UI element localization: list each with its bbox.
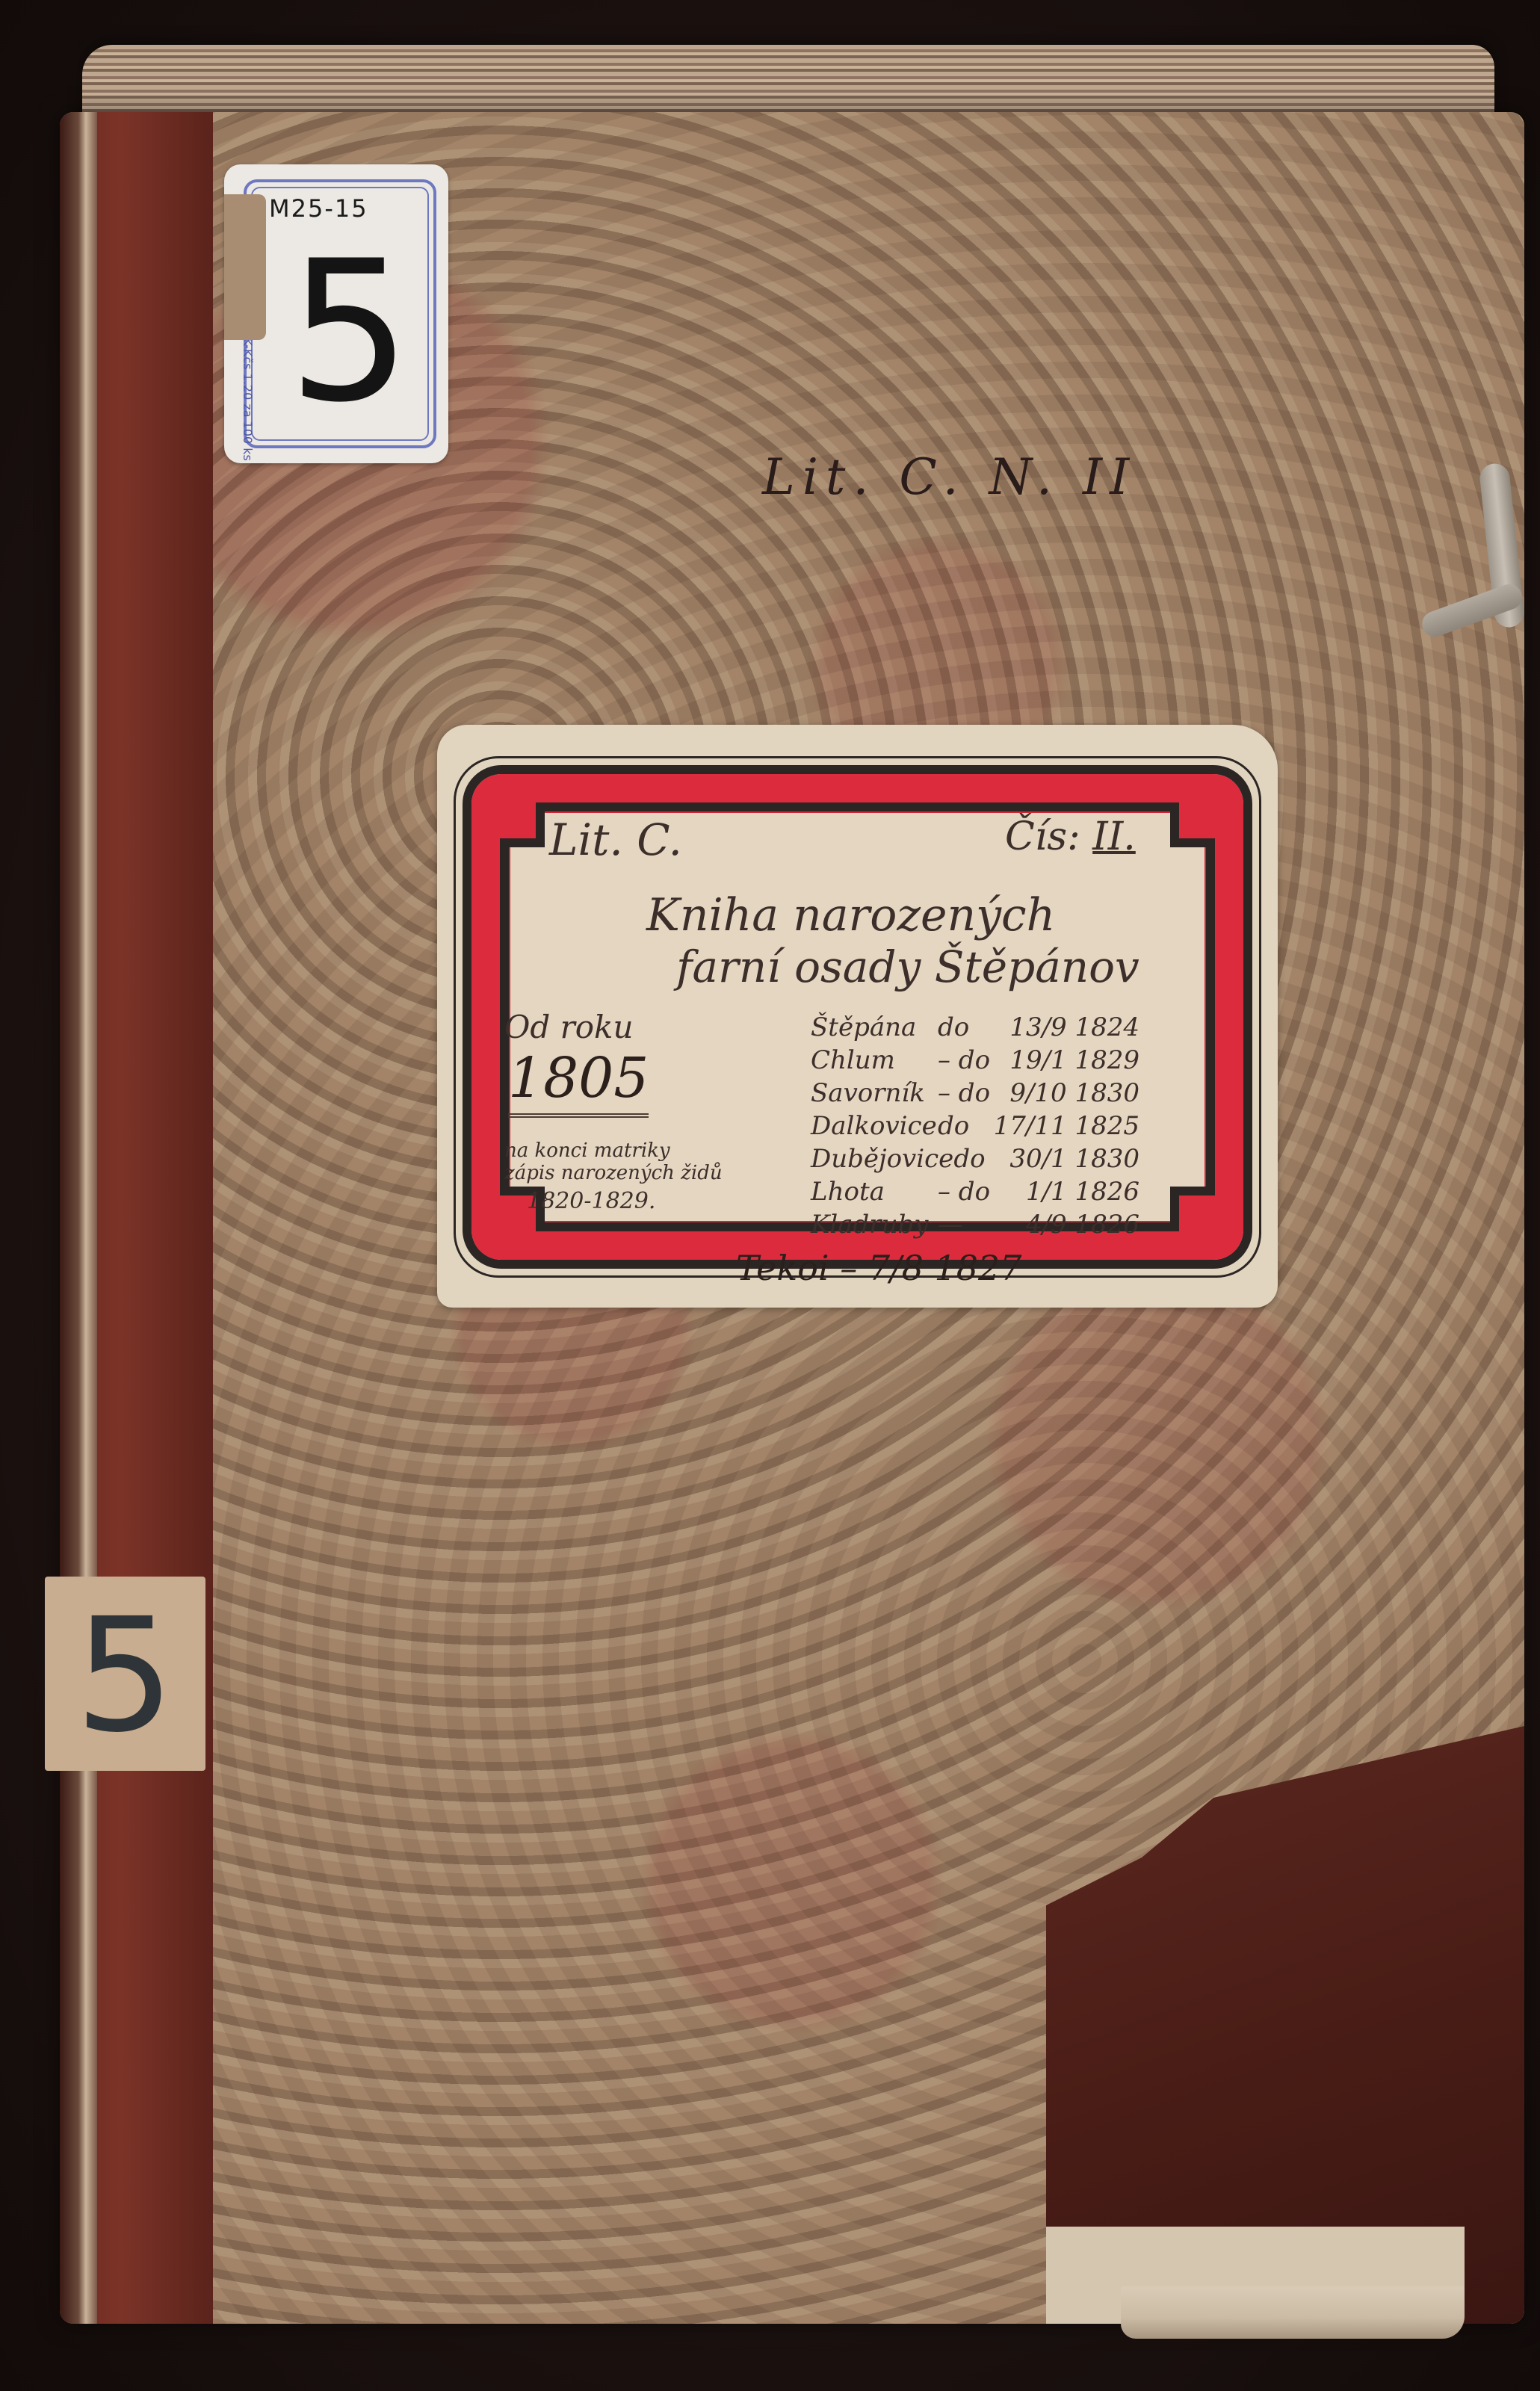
title-line-1: Kniha narozených <box>646 889 1055 941</box>
village-date: 1/1 1826 <box>990 1177 1139 1210</box>
page-block-bottom-edge <box>1121 2286 1465 2339</box>
from-year-label: Od roku <box>504 1009 634 1045</box>
village-until: – do <box>938 1045 990 1078</box>
start-year: 1805 <box>508 1046 649 1118</box>
village-row: Štěpána do 13/9 1824 <box>811 1012 1139 1045</box>
village-date: 4/9 1826 <box>983 1210 1139 1243</box>
village-until: do <box>953 1144 998 1177</box>
village-until: — <box>938 1210 983 1243</box>
village-date: 13/9 1824 <box>983 1012 1139 1045</box>
village-row: Lhota – do 1/1 1826 <box>811 1177 1139 1210</box>
printer-note: OTK-Kčs 1.20 za 100 ks <box>241 321 255 461</box>
archive-number: 5 <box>288 235 411 430</box>
village-list: Štěpána do 13/9 1824 Chlum – do 19/1 182… <box>811 1012 1139 1243</box>
corner-notch <box>1170 1187 1215 1231</box>
cis-prefix: Čís: <box>1005 814 1080 859</box>
archive-id-label: M25-15 5 OTK-Kčs 1.20 za 100 ks <box>224 164 448 463</box>
village-row: Dalkovice do 17/11 1825 <box>811 1111 1139 1144</box>
village-name: Dubějovice <box>811 1144 953 1177</box>
archive-code: M25-15 <box>269 194 368 223</box>
village-date: 19/1 1829 <box>990 1045 1139 1078</box>
village-row: Savorník – do 9/10 1830 <box>811 1078 1139 1111</box>
village-until: – do <box>938 1177 990 1210</box>
cis-value: II. <box>1092 814 1136 859</box>
village-row: Dubějovice do 30/1 1830 <box>811 1144 1139 1177</box>
village-date: 30/1 1830 <box>998 1144 1139 1177</box>
village-date: 9/10 1830 <box>990 1078 1139 1111</box>
torn-label-corner <box>224 194 266 340</box>
note-line-3: 1820-1829. <box>527 1188 655 1214</box>
note-line-1: na konci matriky <box>504 1139 670 1162</box>
title-label: Lit. C. Čís: II. Kniha narozených farní … <box>437 725 1278 1308</box>
village-row: Chlum – do 19/1 1829 <box>811 1045 1139 1078</box>
corner-notch <box>500 802 545 847</box>
village-name: Dalkovice <box>811 1111 938 1144</box>
village-name: Kladruby <box>811 1210 938 1243</box>
village-until: – do <box>938 1078 990 1111</box>
tekoi-note: Tekoi – 7/8 1827 <box>736 1248 1022 1288</box>
village-until: do <box>938 1111 983 1144</box>
lit-heading: Lit. C. <box>549 814 682 865</box>
spine-label: 5 <box>45 1577 205 1771</box>
spine-edge <box>60 112 97 2324</box>
village-name: Chlum <box>811 1045 938 1078</box>
village-until: do <box>938 1012 983 1045</box>
cis-heading: Čís: II. <box>1005 814 1136 859</box>
village-name: Lhota <box>811 1177 938 1210</box>
village-row: Kladruby — 4/9 1826 <box>811 1210 1139 1243</box>
title-line-2: farní osady Štěpánov <box>676 941 1139 992</box>
spine-number: 5 <box>75 1584 175 1767</box>
village-name: Savorník <box>811 1078 938 1111</box>
village-name: Štěpána <box>811 1012 938 1045</box>
pencil-notation: Lit. C. N. II <box>762 448 1137 506</box>
note-line-2: zápis narozených židů <box>504 1162 723 1184</box>
corner-notch <box>1170 802 1215 847</box>
village-date: 17/11 1825 <box>983 1111 1139 1144</box>
